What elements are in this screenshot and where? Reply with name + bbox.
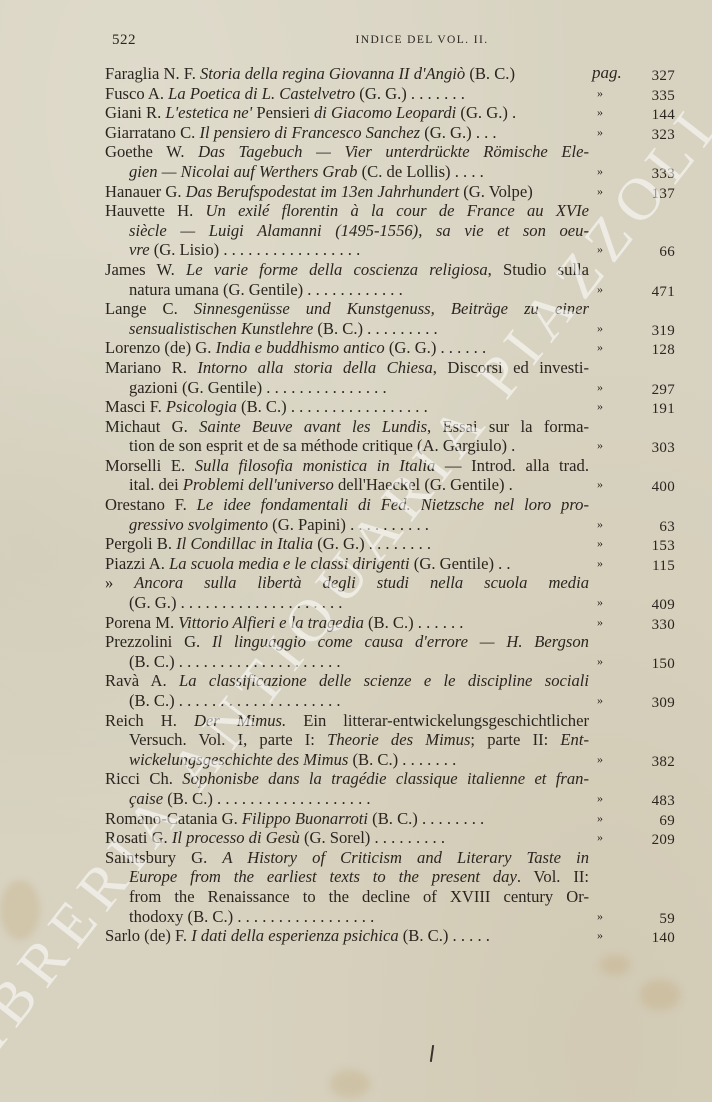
entry-text-run: Hauvette H. bbox=[105, 201, 206, 220]
entry-text-run: Giani R. bbox=[105, 103, 165, 122]
entry-text-run: Pensieri bbox=[252, 103, 314, 122]
entry-text-run: Versuch. Vol. I, parte I: bbox=[129, 730, 327, 749]
entry-title: Das Tagebuch — Vier unterdrückte Römisch… bbox=[198, 142, 589, 161]
ditto-mark: » bbox=[597, 613, 603, 633]
entry-line: Europe from the earliest texts to the pr… bbox=[105, 867, 675, 887]
index-entry: Sarlo (de) F. I dati della esperienza ps… bbox=[105, 926, 675, 946]
entry-text-run: (G. G.) . . . bbox=[420, 123, 497, 142]
entry-text: Prezzolini G. Il linguaggio come causa d… bbox=[105, 632, 589, 652]
entry-text: Versuch. Vol. I, parte I: Theorie des Mi… bbox=[129, 730, 589, 750]
entry-text: tion de son esprit et de sa méthode crit… bbox=[129, 436, 589, 456]
entry-text-run: Romano-Catania G. bbox=[105, 809, 242, 828]
ditto-mark: » bbox=[597, 593, 603, 613]
entry-title: Le varie forme della coscienza religiosa bbox=[186, 260, 488, 279]
entry-text-run: Pergoli B. bbox=[105, 534, 176, 553]
entry-line: Sarlo (de) F. I dati della esperienza ps… bbox=[105, 926, 675, 946]
entry-text-run: Ein litterar-entwickelungsgeschichtliche… bbox=[286, 711, 589, 730]
entry-text-run: Goethe W. bbox=[105, 142, 198, 161]
entry-text-run: Saintsbury G. bbox=[105, 848, 222, 867]
entry-line: Lorenzo (de) G. India e buddhismo antico… bbox=[105, 338, 675, 358]
entry-text-run: , Discorsi ed investi- bbox=[433, 358, 589, 377]
entry-text: Romano-Catania G. Filippo Buonarroti (B.… bbox=[105, 809, 589, 829]
entry-line: Goethe W. Das Tagebuch — Vier unterdrück… bbox=[105, 142, 675, 162]
entry-line: Ravà A. La classificazione delle scienze… bbox=[105, 671, 675, 691]
entry-line: Masci F. Psicologia (B. C.) . . . . . . … bbox=[105, 397, 675, 417]
entry-text-run: Prezzolini G. bbox=[105, 632, 212, 651]
entry-text: Ricci Ch. Sophonisbe dans la tragédie cl… bbox=[105, 769, 589, 789]
entry-text-run: (B. C.) . . . . . . . . . . . . . . . . … bbox=[129, 691, 341, 710]
entry-line: gressivo svolgimento (G. Papini) . . . .… bbox=[105, 515, 675, 535]
entry-title: çaise bbox=[129, 789, 163, 808]
ditto-mark: » bbox=[597, 515, 603, 535]
index-entry: Giani R. L'estetica ne' Pensieri di Giac… bbox=[105, 103, 675, 123]
entry-text-run: — Introd. alla trad. bbox=[435, 456, 589, 475]
entry-title: Sophonisbe dans la tragédie classique it… bbox=[182, 769, 589, 788]
entry-text-run: Masci F. bbox=[105, 397, 166, 416]
entry-title: Filippo Buonarroti bbox=[242, 809, 368, 828]
ditto-mark: » bbox=[597, 809, 603, 829]
ditto-mark: » bbox=[597, 123, 603, 143]
entry-text-run: Lorenzo (de) G. bbox=[105, 338, 216, 357]
entry-line: » Ancora sulla libertà degli studi nella… bbox=[105, 573, 675, 593]
entry-title: A History of Criticism and Literary Tast… bbox=[222, 848, 589, 867]
entry-text-run: (B. C.) bbox=[465, 64, 515, 83]
entry-line: Reich H. Der Mimus. Ein litterar-entwick… bbox=[105, 711, 675, 731]
ditto-mark: » bbox=[597, 436, 603, 456]
entry-title: siècle — Luigi Alamanni (1495-1556), sa … bbox=[129, 221, 589, 240]
entry-text-run: natura umana (G. Gentile) . . . . . . . … bbox=[129, 280, 403, 299]
entry-title: Psicologia bbox=[166, 397, 237, 416]
index-entry: Pergoli B. Il Condillac in Italia (G. G.… bbox=[105, 534, 675, 554]
entry-text: thodoxy (B. C.) . . . . . . . . . . . . … bbox=[129, 907, 589, 927]
entry-text-run: (B. C.) . . . . . . . bbox=[348, 750, 456, 769]
entry-text: Ravà A. La classificazione delle scienze… bbox=[105, 671, 589, 691]
entry-title: Il linguaggio come causa d'errore — H. B… bbox=[212, 632, 589, 651]
entry-text-run: (G. G.) . bbox=[456, 103, 516, 122]
entry-title: Ent- bbox=[560, 730, 589, 749]
entry-line: Hanauer G. Das Berufspodestat im 13en Ja… bbox=[105, 182, 675, 202]
entry-text-run: Reich H. bbox=[105, 711, 194, 730]
entry-text-run: Fusco A. bbox=[105, 84, 168, 103]
entry-line: ital. dei Problemi dell'universo dell'Ha… bbox=[105, 475, 675, 495]
entry-text-run: (G. G.) . . . . . . . . . . . . . . . . … bbox=[129, 593, 342, 612]
entry-text: natura umana (G. Gentile) . . . . . . . … bbox=[129, 280, 589, 300]
entry-text-run: (G. G.) . . . . . . . . bbox=[313, 534, 431, 553]
entry-text: James W. Le varie forme della coscienza … bbox=[105, 260, 589, 280]
index-entry: Porena M. Vittorio Alfieri e la tragedia… bbox=[105, 613, 675, 633]
ditto-mark: » bbox=[597, 378, 603, 398]
entry-text-run: Hanauer G. bbox=[105, 182, 186, 201]
entry-text-run: (B. C.) . . . . . bbox=[399, 926, 490, 945]
entry-text: (B. C.) . . . . . . . . . . . . . . . . … bbox=[129, 652, 589, 672]
entry-line: Lange C. Sinnesgenüsse und Kunstgenuss, … bbox=[105, 299, 675, 319]
entry-title: I dati della esperienza psichica bbox=[191, 926, 398, 945]
entry-title: gien — Nicolai auf Werthers Grab bbox=[129, 162, 357, 181]
entry-line: Giani R. L'estetica ne' Pensieri di Giac… bbox=[105, 103, 675, 123]
entry-title: Sulla filosofia monistica in Italia bbox=[195, 456, 435, 475]
entry-title: La Poetica di L. Castelvetro bbox=[168, 84, 355, 103]
entry-text-run: Mariano R. bbox=[105, 358, 197, 377]
entry-title: Ancora sulla libertà degli studi nella s… bbox=[134, 573, 589, 592]
foxing-stain bbox=[640, 980, 680, 1010]
entry-text: Europe from the earliest texts to the pr… bbox=[129, 867, 589, 887]
index-entry: » Ancora sulla libertà degli studi nella… bbox=[105, 573, 675, 612]
running-title: INDICE DEL VOL. II. bbox=[112, 34, 672, 46]
entry-text-run: Ricci Ch. bbox=[105, 769, 182, 788]
entry-text: gressivo svolgimento (G. Papini) . . . .… bbox=[129, 515, 589, 535]
index-entry: James W. Le varie forme della coscienza … bbox=[105, 260, 675, 299]
entry-line: Prezzolini G. Il linguaggio come causa d… bbox=[105, 632, 675, 652]
entry-title: wickelungsgeschichte des Mimus bbox=[129, 750, 348, 769]
entry-text: çaise (B. C.) . . . . . . . . . . . . . … bbox=[129, 789, 589, 809]
entry-line: Romano-Catania G. Filippo Buonarroti (B.… bbox=[105, 809, 675, 829]
entry-text-run: , Studio sulla bbox=[488, 260, 589, 279]
entry-line: Orestano F. Le idee fondamentali di Fed.… bbox=[105, 495, 675, 515]
entry-text: wickelungsgeschichte des Mimus (B. C.) .… bbox=[129, 750, 589, 770]
entry-line: wickelungsgeschichte des Mimus (B. C.) .… bbox=[105, 750, 675, 770]
ditto-mark: » bbox=[597, 652, 603, 672]
entry-title: vre bbox=[129, 240, 150, 259]
entry-title: gressivo svolgimento bbox=[129, 515, 268, 534]
entry-title: Il Condillac in Italia bbox=[176, 534, 313, 553]
entry-line: from the Renaissance to the decline of X… bbox=[105, 887, 675, 907]
entry-line: Rosati G. Il processo di Gesù (G. Sorel)… bbox=[105, 828, 675, 848]
page-reference: 140 bbox=[625, 929, 675, 949]
ditto-mark: » bbox=[597, 534, 603, 554]
entry-text: Reich H. Der Mimus. Ein litterar-entwick… bbox=[105, 711, 589, 731]
ditto-mark: » bbox=[597, 103, 603, 123]
entry-title: Storia della regina Giovanna II d'Angiò bbox=[200, 64, 465, 83]
entry-text-run: Porena M. bbox=[105, 613, 178, 632]
entry-text: Masci F. Psicologia (B. C.) . . . . . . … bbox=[105, 397, 589, 417]
entry-title: Intorno alla storia della Chiesa bbox=[197, 358, 432, 377]
entry-text-run: (B. C.) . . . . . . bbox=[364, 613, 464, 632]
entry-text: Porena M. Vittorio Alfieri e la tragedia… bbox=[105, 613, 589, 633]
entry-text: Hauvette H. Un exilé florentin à la cour… bbox=[105, 201, 589, 221]
entry-title: La classificazione delle scienze e le di… bbox=[179, 671, 589, 690]
index-entry: Saintsbury G. A History of Criticism and… bbox=[105, 848, 675, 926]
entry-title: Europe from the earliest texts to the pr… bbox=[129, 867, 517, 886]
foxing-stain bbox=[600, 955, 630, 975]
index-entry: Prezzolini G. Il linguaggio come causa d… bbox=[105, 632, 675, 671]
entry-title: La scuola media e le classi dirigenti bbox=[169, 554, 410, 573]
entry-text-run: (B. C.) . . . . . . . . . . . . . . . . … bbox=[237, 397, 428, 416]
entry-text-run: . Vol. II: bbox=[517, 867, 589, 886]
entry-text-run: dell'Haeckel (G. Gentile) . bbox=[334, 475, 513, 494]
entry-text-run: gazioni (G. Gentile) . . . . . . . . . .… bbox=[129, 378, 387, 397]
entry-text: Mariano R. Intorno alla storia della Chi… bbox=[105, 358, 589, 378]
ditto-mark: » bbox=[597, 750, 603, 770]
entry-title: India e buddhismo antico bbox=[216, 338, 385, 357]
ditto-mark: » bbox=[597, 475, 603, 495]
entry-title: Problemi dell'universo bbox=[183, 475, 334, 494]
entry-text-run: ital. dei bbox=[129, 475, 183, 494]
entry-text: Sarlo (de) F. I dati della esperienza ps… bbox=[105, 926, 589, 946]
pag-label: pag. bbox=[592, 63, 622, 83]
entry-text: Hanauer G. Das Berufspodestat im 13en Ja… bbox=[105, 182, 589, 202]
entry-text-run: Rosati G. bbox=[105, 828, 172, 847]
index-entry: Hanauer G. Das Berufspodestat im 13en Ja… bbox=[105, 182, 675, 202]
entry-line: Saintsbury G. A History of Criticism and… bbox=[105, 848, 675, 868]
entry-text: Rosati G. Il processo di Gesù (G. Sorel)… bbox=[105, 828, 589, 848]
entry-text-run: (B. C.) . . . . . . . . . . . . . . . . … bbox=[129, 652, 341, 671]
page-header: 522 INDICE DEL VOL. II. bbox=[112, 32, 672, 54]
entry-text-run: (B. C.) . . . . . . . . bbox=[368, 809, 484, 828]
index-entry: Michaut G. Sainte Beuve avant les Lundis… bbox=[105, 417, 675, 456]
entry-text-run: from the Renaissance to the decline of X… bbox=[129, 887, 589, 906]
entry-text-run: Piazzi A. bbox=[105, 554, 169, 573]
entry-line: thodoxy (B. C.) . . . . . . . . . . . . … bbox=[105, 907, 675, 927]
ditto-mark: » bbox=[597, 554, 603, 574]
ditto-mark: » bbox=[597, 397, 603, 417]
entry-text: Orestano F. Le idee fondamentali di Fed.… bbox=[105, 495, 589, 515]
entry-title: Il processo di Gesù bbox=[172, 828, 300, 847]
entry-text: » Ancora sulla libertà degli studi nella… bbox=[105, 573, 589, 593]
entry-line: Ricci Ch. Sophonisbe dans la tragédie cl… bbox=[105, 769, 675, 789]
index-entry: Mariano R. Intorno alla storia della Chi… bbox=[105, 358, 675, 397]
entry-text-run: , Essai sur la forma- bbox=[427, 417, 589, 436]
foxing-stain bbox=[330, 1070, 370, 1098]
entry-line: (B. C.) . . . . . . . . . . . . . . . . … bbox=[105, 652, 675, 672]
ditto-mark: » bbox=[597, 789, 603, 809]
index-entry: Piazzi A. La scuola media e le classi di… bbox=[105, 554, 675, 574]
entry-text-run: thodoxy (B. C.) . . . . . . . . . . . . … bbox=[129, 907, 374, 926]
index-entry: Giarratano C. Il pensiero di Francesco S… bbox=[105, 123, 675, 143]
foxing-stain bbox=[0, 880, 40, 940]
index-entry: Lange C. Sinnesgenüsse und Kunstgenuss, … bbox=[105, 299, 675, 338]
entry-text: Giani R. L'estetica ne' Pensieri di Giac… bbox=[105, 103, 589, 123]
ditto-mark: » bbox=[597, 240, 603, 260]
entry-line: siècle — Luigi Alamanni (1495-1556), sa … bbox=[105, 221, 675, 241]
entry-title: Sinnesgenüsse und Kunstgenuss, Beiträge … bbox=[194, 299, 589, 318]
entry-text-run: » bbox=[105, 573, 134, 592]
entry-text-run: (G. Papini) . . . . . . . . . . bbox=[268, 515, 429, 534]
entry-title: L'estetica ne' bbox=[165, 103, 252, 122]
entry-title: Un exilé florentin à la cour de France a… bbox=[206, 201, 589, 220]
entry-text: gazioni (G. Gentile) . . . . . . . . . .… bbox=[129, 378, 589, 398]
ditto-mark: » bbox=[597, 926, 603, 946]
entry-line: vre (G. Lisio) . . . . . . . . . . . . .… bbox=[105, 240, 675, 260]
entry-title: Sainte Beuve avant les Lundis bbox=[199, 417, 427, 436]
entry-line: (B. C.) . . . . . . . . . . . . . . . . … bbox=[105, 691, 675, 711]
entry-line: Versuch. Vol. I, parte I: Theorie des Mi… bbox=[105, 730, 675, 750]
entry-text-run: Lange C. bbox=[105, 299, 194, 318]
ditto-mark: » bbox=[597, 319, 603, 339]
entry-text-run: Sarlo (de) F. bbox=[105, 926, 191, 945]
index-entry: Ricci Ch. Sophonisbe dans la tragédie cl… bbox=[105, 769, 675, 808]
entry-line: Michaut G. Sainte Beuve avant les Lundis… bbox=[105, 417, 675, 437]
index-entry: Fusco A. La Poetica di L. Castelvetro (G… bbox=[105, 84, 675, 104]
entry-line: (G. G.) . . . . . . . . . . . . . . . . … bbox=[105, 593, 675, 613]
entry-text-run: (C. de Lollis) . . . . bbox=[357, 162, 483, 181]
entry-line: gazioni (G. Gentile) . . . . . . . . . .… bbox=[105, 378, 675, 398]
entry-title: di Giacomo Leopardi bbox=[314, 103, 456, 122]
entry-line: Mariano R. Intorno alla storia della Chi… bbox=[105, 358, 675, 378]
entry-text: Michaut G. Sainte Beuve avant les Lundis… bbox=[105, 417, 589, 437]
entry-title: sensualistischen Kunstlehre bbox=[129, 319, 313, 338]
entry-line: Faraglia N. F. Storia della regina Giova… bbox=[105, 64, 675, 84]
entry-text: from the Renaissance to the decline of X… bbox=[129, 887, 589, 907]
entry-text: (B. C.) . . . . . . . . . . . . . . . . … bbox=[129, 691, 589, 711]
ditto-mark: » bbox=[597, 162, 603, 182]
entry-line: Hauvette H. Un exilé florentin à la cour… bbox=[105, 201, 675, 221]
entry-text-run: James W. bbox=[105, 260, 186, 279]
entry-text: Lange C. Sinnesgenüsse und Kunstgenuss, … bbox=[105, 299, 589, 319]
entry-line: tion de son esprit et de sa méthode crit… bbox=[105, 436, 675, 456]
entry-text: Piazzi A. La scuola media e le classi di… bbox=[105, 554, 589, 574]
ditto-mark: » bbox=[597, 280, 603, 300]
entry-title: Il pensiero di Francesco Sanchez bbox=[199, 123, 420, 142]
ditto-mark: » bbox=[597, 338, 603, 358]
entry-text: ital. dei Problemi dell'universo dell'Ha… bbox=[129, 475, 589, 495]
entry-line: Porena M. Vittorio Alfieri e la tragedia… bbox=[105, 613, 675, 633]
entry-title: Vittorio Alfieri e la tragedia bbox=[178, 613, 364, 632]
entry-title: Der Mimus. bbox=[194, 711, 286, 730]
entry-text-run: (G. G.) . . . . . . . bbox=[355, 84, 465, 103]
ditto-mark: » bbox=[597, 828, 603, 848]
entry-text-run: (G. Volpe) bbox=[459, 182, 533, 201]
entry-title: Das Berufspodestat im 13en Jahrhundert bbox=[186, 182, 459, 201]
entry-line: James W. Le varie forme della coscienza … bbox=[105, 260, 675, 280]
entry-line: Morselli E. Sulla filosofia monistica in… bbox=[105, 456, 675, 476]
entry-text: gien — Nicolai auf Werthers Grab (C. de … bbox=[129, 162, 589, 182]
entry-line: Fusco A. La Poetica di L. Castelvetro (G… bbox=[105, 84, 675, 104]
ditto-mark: » bbox=[597, 691, 603, 711]
entry-text-run: (G. G.) . . . . . . bbox=[385, 338, 486, 357]
entry-line: Giarratano C. Il pensiero di Francesco S… bbox=[105, 123, 675, 143]
entry-text-run: (B. C.) . . . . . . . . . . . . . . . . … bbox=[163, 789, 370, 808]
entry-line: gien — Nicolai auf Werthers Grab (C. de … bbox=[105, 162, 675, 182]
entry-text-run: Faraglia N. F. bbox=[105, 64, 200, 83]
index-entry: Romano-Catania G. Filippo Buonarroti (B.… bbox=[105, 809, 675, 829]
entry-text-run: Orestano F. bbox=[105, 495, 197, 514]
index-entry: Reich H. Der Mimus. Ein litterar-entwick… bbox=[105, 711, 675, 770]
ditto-mark: » bbox=[597, 84, 603, 104]
index-entry: Rosati G. Il processo di Gesù (G. Sorel)… bbox=[105, 828, 675, 848]
index-entry: Faraglia N. F. Storia della regina Giova… bbox=[105, 64, 675, 84]
entry-text: siècle — Luigi Alamanni (1495-1556), sa … bbox=[129, 221, 589, 241]
ditto-mark: » bbox=[597, 182, 603, 202]
entry-text: Goethe W. Das Tagebuch — Vier unterdrück… bbox=[105, 142, 589, 162]
entry-text-run: (G. Gentile) . . bbox=[410, 554, 511, 573]
entry-line: çaise (B. C.) . . . . . . . . . . . . . … bbox=[105, 789, 675, 809]
index-entry: Goethe W. Das Tagebuch — Vier unterdrück… bbox=[105, 142, 675, 181]
index-entry: Hauvette H. Un exilé florentin à la cour… bbox=[105, 201, 675, 260]
entry-line: natura umana (G. Gentile) . . . . . . . … bbox=[105, 280, 675, 300]
entry-text-run: (G. Lisio) . . . . . . . . . . . . . . .… bbox=[150, 240, 361, 259]
entry-text: Faraglia N. F. Storia della regina Giova… bbox=[105, 64, 589, 84]
entry-text-run: Michaut G. bbox=[105, 417, 199, 436]
entry-text-run: (B. C.) . . . . . . . . . bbox=[313, 319, 437, 338]
entry-text-run: tion de son esprit et de sa méthode crit… bbox=[129, 436, 515, 455]
index-list: Faraglia N. F. Storia della regina Giova… bbox=[105, 64, 675, 946]
index-entry: Ravà A. La classificazione delle scienze… bbox=[105, 671, 675, 710]
entry-text: Lorenzo (de) G. India e buddhismo antico… bbox=[105, 338, 589, 358]
entry-text-run: Ravà A. bbox=[105, 671, 179, 690]
entry-title: Le idee fondamentali di Fed. Nietzsche n… bbox=[197, 495, 589, 514]
entry-text: Fusco A. La Poetica di L. Castelvetro (G… bbox=[105, 84, 589, 104]
entry-text: Morselli E. Sulla filosofia monistica in… bbox=[105, 456, 589, 476]
entry-text: Saintsbury G. A History of Criticism and… bbox=[105, 848, 589, 868]
entry-title: Theorie des Mimus bbox=[327, 730, 470, 749]
entry-text-run: (G. Sorel) . . . . . . . . . bbox=[300, 828, 445, 847]
entry-text: sensualistischen Kunstlehre (B. C.) . . … bbox=[129, 319, 589, 339]
entry-line: Pergoli B. Il Condillac in Italia (G. G.… bbox=[105, 534, 675, 554]
entry-line: sensualistischen Kunstlehre (B. C.) . . … bbox=[105, 319, 675, 339]
entry-text: vre (G. Lisio) . . . . . . . . . . . . .… bbox=[129, 240, 589, 260]
entry-text-run: Morselli E. bbox=[105, 456, 195, 475]
ditto-mark: » bbox=[597, 907, 603, 927]
entry-text: Pergoli B. Il Condillac in Italia (G. G.… bbox=[105, 534, 589, 554]
index-entry: Orestano F. Le idee fondamentali di Fed.… bbox=[105, 495, 675, 534]
entry-text: (G. G.) . . . . . . . . . . . . . . . . … bbox=[129, 593, 589, 613]
index-entry: Lorenzo (de) G. India e buddhismo antico… bbox=[105, 338, 675, 358]
index-entry: Masci F. Psicologia (B. C.) . . . . . . … bbox=[105, 397, 675, 417]
entry-text: Giarratano C. Il pensiero di Francesco S… bbox=[105, 123, 589, 143]
index-entry: Morselli E. Sulla filosofia monistica in… bbox=[105, 456, 675, 495]
entry-text-run: ; parte II: bbox=[470, 730, 560, 749]
entry-line: Piazzi A. La scuola media e le classi di… bbox=[105, 554, 675, 574]
entry-text-run: Giarratano C. bbox=[105, 123, 199, 142]
